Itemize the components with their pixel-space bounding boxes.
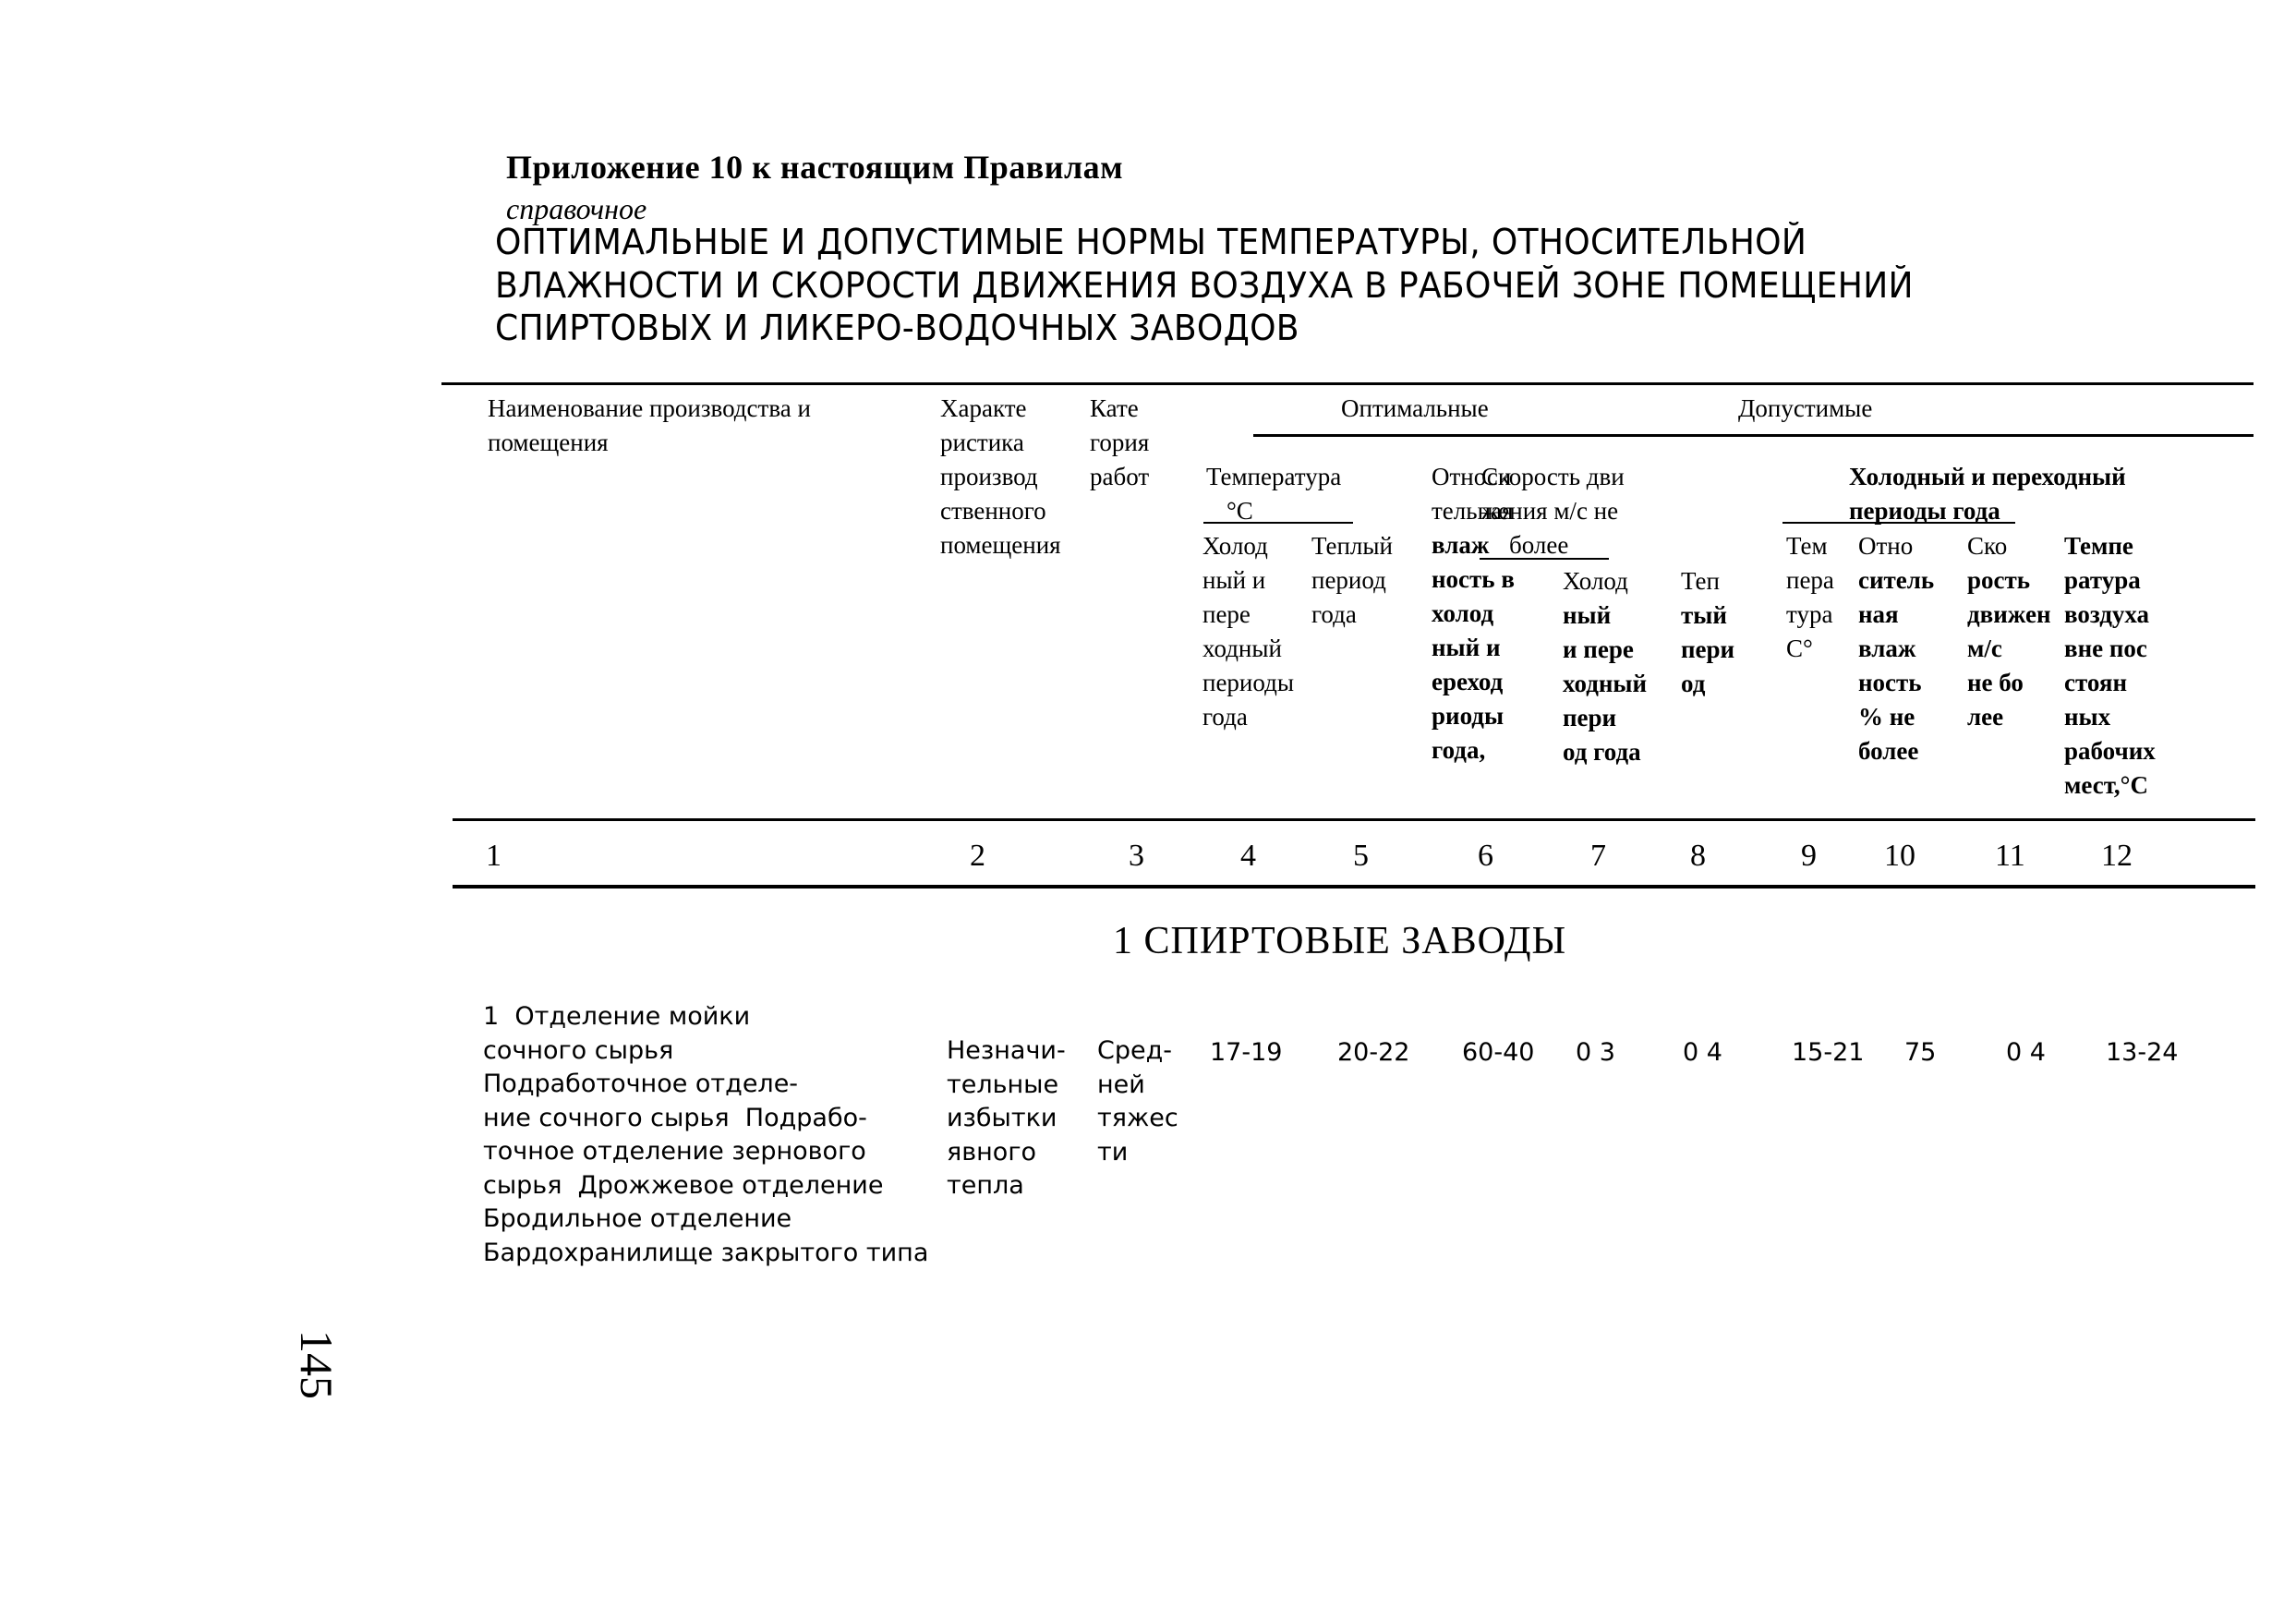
column-header-line: и пере [1563,633,1647,667]
column-header-line: м/с [1967,632,2051,666]
page-number: 145 [290,1330,344,1399]
column-header-line: Темпе [2064,529,2156,563]
column-number: 3 [1129,839,1144,874]
column-header-line: Теп [1681,564,1734,598]
column-header-line: производ [940,460,1061,494]
column-header-line: тура [1786,598,1834,632]
column-header-line: влаж [1432,528,1515,562]
row-characteristic-line: избытки [947,1102,1066,1136]
document-title-line: СПИРТОВЫХ И ЛИКЕРО-ВОДОЧНЫХ ЗАВОДОВ [495,308,1299,348]
column-header-line: рабочих [2064,734,2156,768]
column-number: 10 [1884,839,1915,874]
row-characteristic-line: явного [947,1136,1066,1170]
column-header-line: более [1858,734,1934,768]
column-header-line: од года [1563,735,1647,769]
column-header-line: ных [2064,700,2156,734]
column-header-line: Кате [1090,392,1149,426]
column-header-line: воздуха [2064,598,2156,632]
column-header-line: период [1311,563,1393,598]
row-value-col-12: 13-24 [2106,1038,2178,1067]
row-category-line: ти [1097,1136,1178,1170]
column-header-line: Относи [1432,460,1515,494]
column-header-line: холод [1432,597,1515,631]
row-name-line: сочного сырья [483,1034,928,1069]
column-header-9: ТемператураC° [1786,529,1834,666]
table-top-rule [441,382,2254,385]
row-name-line: 1 Отделение мойки [483,1000,928,1034]
column-header-line: C° [1786,632,1834,666]
column-header-line: пери [1681,633,1734,667]
row-characteristic-line: Незначи- [947,1034,1066,1069]
column-numbers-rule [453,885,2255,889]
row-name-line: Бардохранилище закрытого типа [483,1237,928,1271]
column-number: 9 [1801,839,1817,874]
column-header-line: помещения [488,426,811,460]
column-header-2: Характеристикапроизводственногопомещения [940,392,1061,562]
column-header-line: Отно [1858,529,1934,563]
column-number: 11 [1995,839,2025,874]
group-header-rule [1253,434,2254,437]
column-header-line: работ [1090,460,1149,494]
column-header-12: Температуравоздухавне посстоянныхрабочих… [2064,529,2156,803]
cold-period-group-header: Холодный и переходный периоды года [1849,460,2126,528]
column-header-4: Холодный ипереходныйпериодыгода [1202,529,1294,734]
column-header-line: ереход [1432,665,1515,699]
cold-period-label-line: Холодный и переходный [1849,460,2126,494]
row-value-col-8: 0 4 [1683,1038,1722,1067]
row-category-line: Сред- [1097,1034,1178,1069]
column-header-line: Наименование производства и [488,392,811,426]
column-header-line: движен [1967,598,2051,632]
row-value-col-4: 17-19 [1210,1038,1282,1067]
row-value-col-9: 15-21 [1792,1038,1864,1067]
cold-period-label-line: периоды года [1849,494,2126,528]
column-header-line: ный [1563,598,1647,633]
header-bottom-rule [453,818,2255,821]
column-header-line: ристика [940,426,1061,460]
column-header-line: ходный [1202,632,1294,666]
document-title-line: ОПТИМАЛЬНЫЕ И ДОПУСТИМЫЕ НОРМЫ ТЕМПЕРАТУ… [495,222,1807,262]
column-header-line: периоды [1202,666,1294,700]
column-number: 5 [1353,839,1369,874]
column-header-line: не бо [1967,666,2051,700]
column-header-line: Тем [1786,529,1834,563]
column-header-line: ный и [1432,631,1515,665]
column-header-line: пера [1786,563,1834,598]
column-number: 8 [1690,839,1706,874]
column-header-line: года, [1432,733,1515,768]
column-header-line: ситель [1858,563,1934,598]
column-number: 4 [1240,839,1256,874]
column-header-line: рость [1967,563,2051,598]
column-header-line: влаж [1858,632,1934,666]
row-value-col-10: 75 [1904,1038,1936,1067]
column-header-line: ходный [1563,667,1647,701]
row-characteristic: Незначи-тельныеизбыткиявноготепла [947,1034,1066,1203]
column-header-line: стоян [2064,666,2156,700]
column-header-1: Наименование производства ипомещения [488,392,811,460]
group-header-permissible: Допустимые [1738,392,1872,426]
row-category-line: тяжес [1097,1102,1178,1136]
appendix-title: Приложение 10 к настоящим Правилам [506,148,1123,187]
row-value-col-7: 0 3 [1576,1038,1615,1067]
row-value-col-6: 60-40 [1462,1038,1534,1067]
column-header-line: % не [1858,700,1934,734]
column-header-line: помещения [940,528,1061,562]
column-header-line: риоды [1432,699,1515,733]
column-number: 1 [486,839,501,874]
column-header-line: ная [1858,598,1934,632]
column-header-8: Тептыйпериод [1681,564,1734,701]
column-header-line: ность в [1432,562,1515,597]
group-header-optimal: Оптимальные [1341,392,1489,426]
column-number: 12 [2101,839,2133,874]
column-header-line: года [1202,700,1294,734]
column-header-line: тый [1681,598,1734,633]
column-header-5: Теплыйпериодгода [1311,529,1393,632]
row-category-line: ней [1097,1069,1178,1103]
column-header-line: Теплый [1311,529,1393,563]
column-header-6: Относительнаявлажность вхолодный иереход… [1432,460,1515,768]
column-number: 2 [970,839,985,874]
column-header-line: ратура [2064,563,2156,598]
row-name: 1 Отделение мойкисочного сырьяПодработоч… [483,1000,928,1270]
column-number: 6 [1478,839,1493,874]
column-header-line: пере [1202,598,1294,632]
column-header-line: вне пос [2064,632,2156,666]
column-header-10: Относительнаявлажность% неболее [1858,529,1934,768]
row-value-col-5: 20-22 [1337,1038,1409,1067]
column-number: 7 [1590,839,1606,874]
column-header-line: Характе [940,392,1061,426]
row-value-col-11: 0 4 [2006,1038,2046,1067]
section-title: 1 СПИРТОВЫЕ ЗАВОДЫ [1113,919,1566,963]
column-header-line: ность [1858,666,1934,700]
column-header-line: тельная [1432,494,1515,528]
column-header-line: гория [1090,426,1149,460]
row-name-line: Подработочное отделе- [483,1068,928,1102]
row-category: Сред-нейтяжести [1097,1034,1178,1169]
row-characteristic-line: тельные [947,1069,1066,1103]
column-header-line: пери [1563,701,1647,735]
temperature-group-header: Температура °C [1206,460,1341,528]
row-name-line: ние сочного сырья Подрабо- [483,1102,928,1136]
column-header-3: Категорияработ [1090,392,1149,494]
row-name-line: Бродильное отделение [483,1203,928,1237]
column-header-11: Скоростьдвиженм/сне более [1967,529,2051,734]
temperature-unit: °C [1206,494,1341,528]
row-characteristic-line: тепла [947,1169,1066,1203]
column-header-line: года [1311,598,1393,632]
column-header-line: Холод [1202,529,1294,563]
row-name-line: точное отделение зернового [483,1135,928,1169]
row-name-line: сырья Дрожжевое отделение [483,1169,928,1203]
column-header-line: Ско [1967,529,2051,563]
column-header-7: Холодныйи переходныйпериод года [1563,564,1647,769]
column-header-line: од [1681,667,1734,701]
column-header-line: ный и [1202,563,1294,598]
document-title-line: ВЛАЖНОСТИ И СКОРОСТИ ДВИЖЕНИЯ ВОЗДУХА В … [495,265,1914,306]
temperature-label: Температура [1206,460,1341,494]
column-header-line: Холод [1563,564,1647,598]
column-header-line: ственного [940,494,1061,528]
column-header-line: мест,°C [2064,768,2156,803]
column-header-line: лее [1967,700,2051,734]
